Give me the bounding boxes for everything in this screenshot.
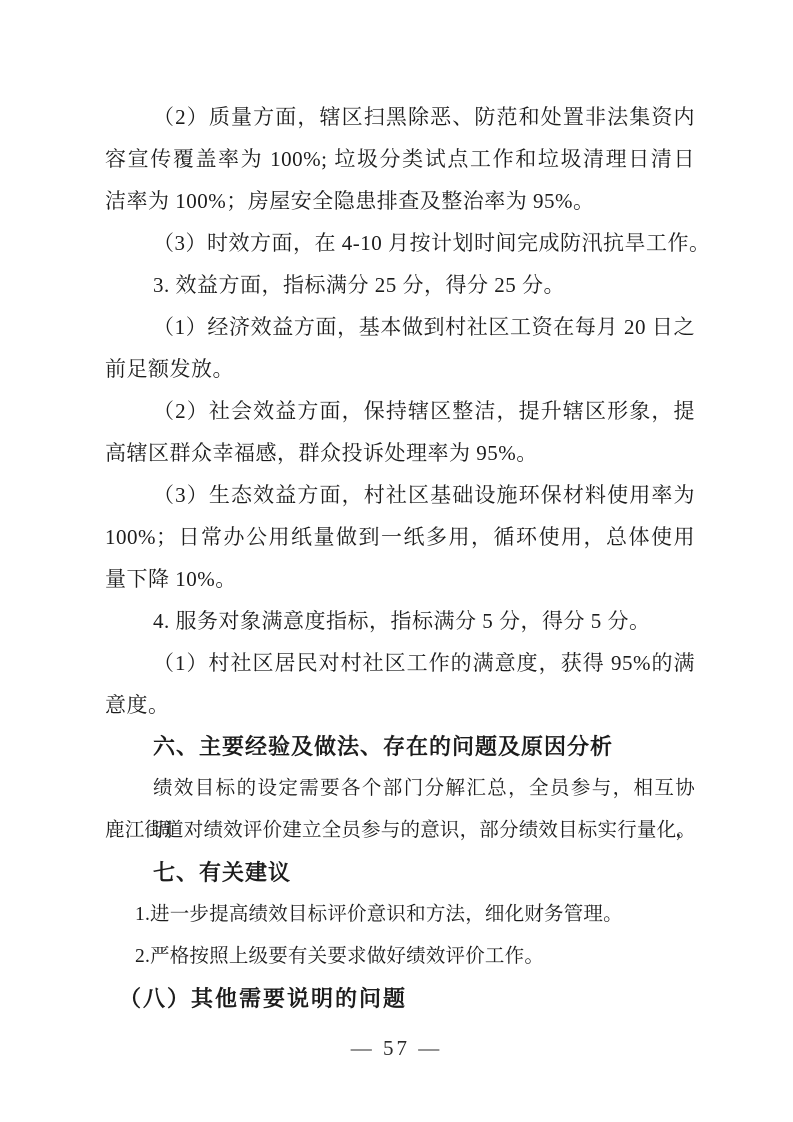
document-line: 2.严格按照上级要有关要求做好绩效评价工作。: [105, 936, 695, 978]
document-line: 3. 效益方面，指标满分 25 分，得分 25 分。: [105, 264, 695, 306]
document-lines: （2）质量方面，辖区扫黑除恶、防范和处置非法集资内容宣传覆盖率为 100%; 垃…: [105, 96, 695, 1020]
document-line: 洁率为 100%；房屋安全隐患排查及整治率为 95%。: [105, 180, 695, 222]
document-line: 容宣传覆盖率为 100%; 垃圾分类试点工作和垃圾清理日清日: [105, 138, 695, 180]
document-line: 量下降 10%。: [105, 558, 695, 600]
document-line: （3）生态效益方面，村社区基础设施环保材料使用率为: [105, 474, 695, 516]
document-line: 意度。: [105, 684, 695, 726]
document-line: 绩效目标的设定需要各个部门分解汇总，全员参与，相互协调，: [105, 768, 695, 810]
document-page: （2）质量方面，辖区扫黑除恶、防范和处置非法集资内容宣传覆盖率为 100%; 垃…: [0, 0, 793, 1122]
document-line: 4. 服务对象满意度指标，指标满分 5 分，得分 5 分。: [105, 600, 695, 642]
document-line: 六、主要经验及做法、存在的问题及原因分析: [105, 726, 695, 768]
document-line: 鹿江街道对绩效评价建立全员参与的意识，部分绩效目标实行量化。: [105, 810, 695, 852]
document-line: 前足额发放。: [105, 348, 695, 390]
document-line: （2）质量方面，辖区扫黑除恶、防范和处置非法集资内: [105, 96, 695, 138]
document-line: （八）其他需要说明的问题: [105, 978, 695, 1020]
document-line: （1）经济效益方面，基本做到村社区工资在每月 20 日之: [105, 306, 695, 348]
page-number: — 57 —: [0, 1036, 793, 1061]
document-line: （2）社会效益方面，保持辖区整洁，提升辖区形象，提: [105, 390, 695, 432]
document-line: 七、有关建议: [105, 852, 695, 894]
document-line: （3）时效方面，在 4-10 月按计划时间完成防汛抗旱工作。: [105, 222, 695, 264]
document-line: （1）村社区居民对村社区工作的满意度，获得 95%的满: [105, 642, 695, 684]
document-line: 1.进一步提高绩效目标评价意识和方法，细化财务管理。: [105, 894, 695, 936]
document-line: 高辖区群众幸福感，群众投诉处理率为 95%。: [105, 432, 695, 474]
document-line: 100%；日常办公用纸量做到一纸多用，循环使用，总体使用: [105, 516, 695, 558]
